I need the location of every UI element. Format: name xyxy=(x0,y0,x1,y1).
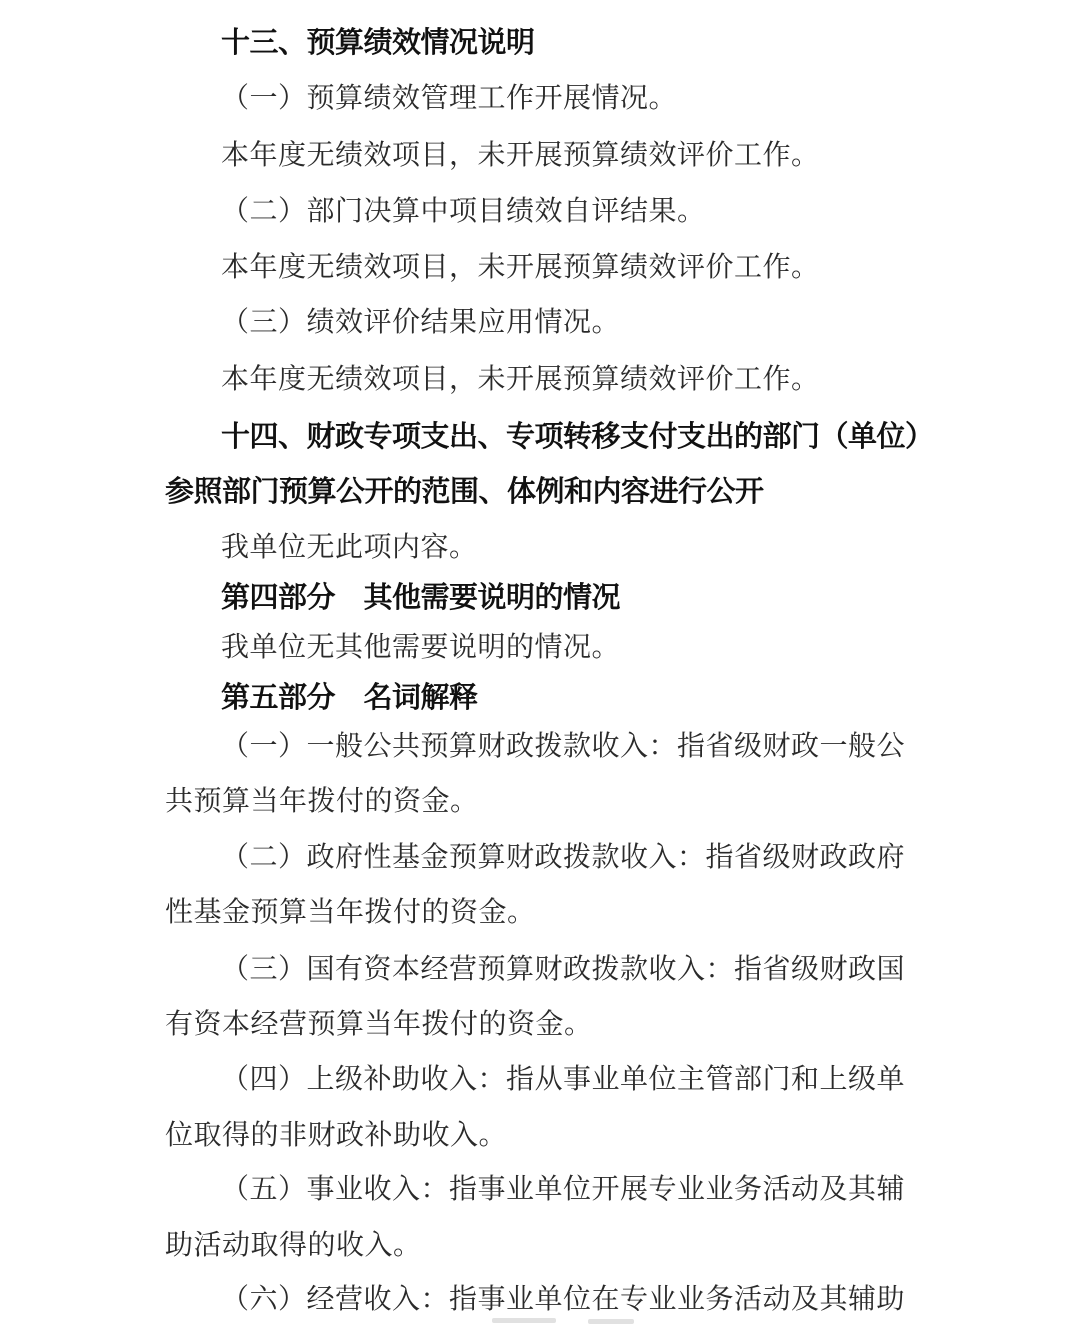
heading-section-14-line-2: 参照部门预算公开的范围、体例和内容进行公开 xyxy=(165,464,764,520)
term-2-line-2: 性基金预算当年拨付的资金。 xyxy=(165,885,536,941)
para-13-note-3: 本年度无绩效项目，未开展预算绩效评价工作。 xyxy=(165,352,820,408)
heading-part-4: 第四部分 其他需要说明的情况 xyxy=(165,570,620,626)
para-13-item-1: （一）预算绩效管理工作开展情况。 xyxy=(165,71,677,127)
term-3-line-1: （三）国有资本经营预算财政拨款收入：指省级财政国 xyxy=(165,942,905,998)
term-1-line-2: 共预算当年拨付的资金。 xyxy=(165,774,479,830)
document-page: 十三、预算绩效情况说明 （一）预算绩效管理工作开展情况。 本年度无绩效项目，未开… xyxy=(0,0,1074,1324)
term-3-line-2: 有资本经营预算当年拨付的资金。 xyxy=(165,997,593,1053)
para-part-4-note: 我单位无其他需要说明的情况。 xyxy=(165,620,620,676)
term-2-line-1: （二）政府性基金预算财政拨款收入：指省级财政政府 xyxy=(165,830,905,886)
para-13-item-2: （二）部门决算中项目绩效自评结果。 xyxy=(165,184,706,240)
para-14-note: 我单位无此项内容。 xyxy=(165,520,478,576)
next-line-clipped-fragment xyxy=(588,1319,634,1324)
term-1-line-1: （一）一般公共预算财政拨款收入：指省级财政一般公 xyxy=(165,719,905,775)
heading-section-14-line-1: 十四、财政专项支出、专项转移支付支出的部门（单位） xyxy=(165,409,934,465)
term-4-line-2: 位取得的非财政补助收入。 xyxy=(165,1108,507,1164)
term-6-line-1: （六）经营收入：指事业单位在专业业务活动及其辅助 xyxy=(165,1272,905,1324)
heading-section-13: 十三、预算绩效情况说明 xyxy=(165,15,535,71)
para-13-note-1: 本年度无绩效项目，未开展预算绩效评价工作。 xyxy=(165,128,820,184)
term-5-line-1: （五）事业收入：指事业单位开展专业业务活动及其辅 xyxy=(165,1162,905,1218)
next-line-clipped-fragment xyxy=(492,1318,556,1323)
heading-part-5: 第五部分 名词解释 xyxy=(165,670,478,726)
term-4-line-1: （四）上级补助收入：指从事业单位主管部门和上级单 xyxy=(165,1052,905,1108)
para-13-note-2: 本年度无绩效项目，未开展预算绩效评价工作。 xyxy=(165,240,820,296)
para-13-item-3: （三）绩效评价结果应用情况。 xyxy=(165,295,620,351)
term-5-line-2: 助活动取得的收入。 xyxy=(165,1218,422,1274)
